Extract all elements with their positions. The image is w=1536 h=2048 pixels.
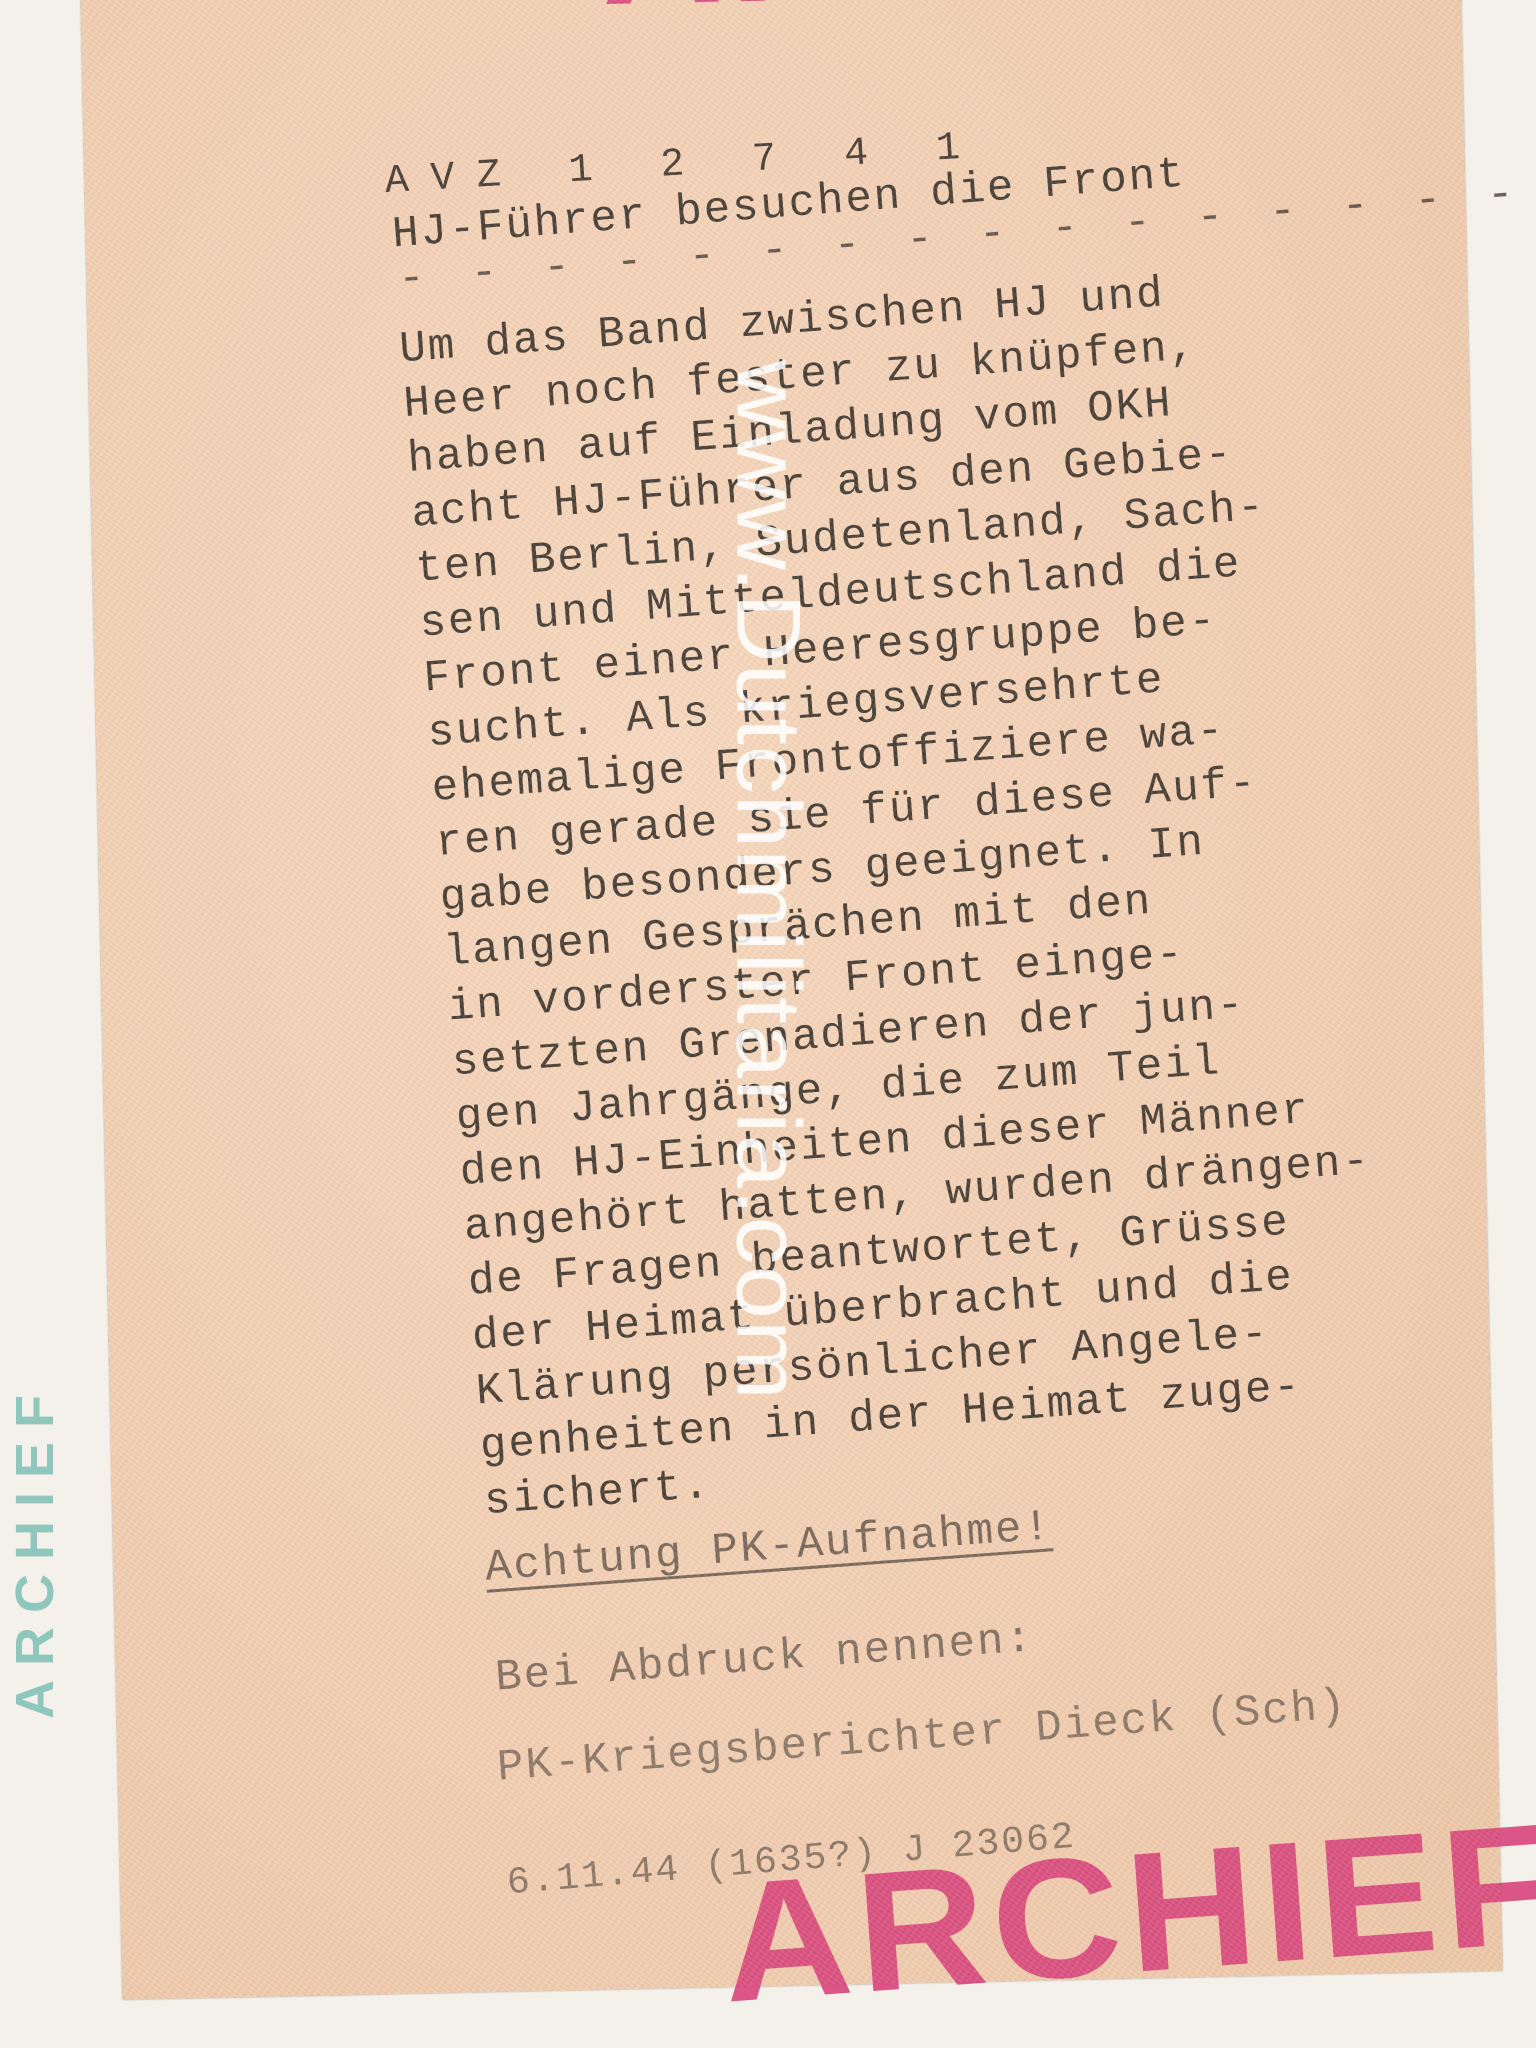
left-margin-stamp: ARCHIEF bbox=[4, 1060, 64, 2040]
archive-stamp-top: ARCHIEF bbox=[599, 0, 1393, 29]
body-text: Um das Band zwischen HJ undHeer noch fes… bbox=[398, 257, 1393, 1530]
credit-instruction: Bei Abdruck nennen: bbox=[494, 1612, 1036, 1706]
watermark: www.Dutchmilitaria.com bbox=[722, 360, 813, 1401]
